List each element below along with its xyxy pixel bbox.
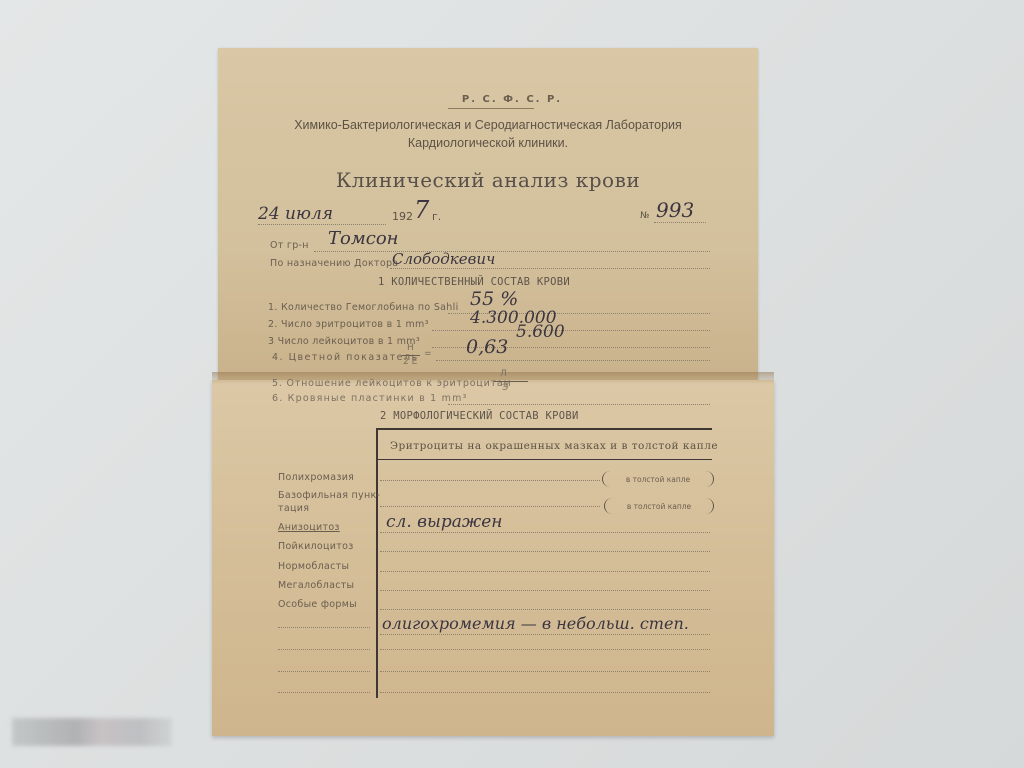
color-index-line <box>436 360 710 361</box>
year-prefix: 192 <box>392 210 413 223</box>
basophilic-line <box>380 506 600 507</box>
color-index-label: 4. Цветной показатель <box>272 352 419 363</box>
year-suffix: г. <box>432 210 441 223</box>
leukocytes-value: 5.600 <box>516 322 565 342</box>
basophilic-label-cont: тация <box>278 503 309 514</box>
poikilocytosis-line <box>380 551 710 552</box>
year-handwritten: 7 <box>414 196 429 224</box>
patient-label: От гр-н <box>270 240 309 251</box>
ratio-numerator: Л <box>500 369 507 379</box>
normoblasts-label: Нормобласты <box>278 561 349 572</box>
thick-drop-label-2: в толстой капле <box>605 502 713 511</box>
erythrocytes-label: 2. Число эритроцитов в 1 mm³ <box>268 319 429 330</box>
anisocytosis-line <box>380 532 710 533</box>
ratio-label: 5. Отношение лейкоцитов к эритроцитам <box>272 378 511 389</box>
record-number-handwritten: 993 <box>656 198 694 222</box>
patient-name-handwritten: Томсон <box>328 228 399 249</box>
header-bottom-border <box>378 459 712 460</box>
extra-line-left-1 <box>278 627 370 628</box>
doctor-line <box>390 268 710 269</box>
megaloblasts-line <box>380 590 710 591</box>
color-index-denominator: 2 Е <box>403 357 417 367</box>
section2-title: 2 МОРФОЛОГИЧЕСКИЙ СОСТАВ КРОВИ <box>380 410 579 422</box>
table-top-border <box>376 428 712 430</box>
date-line <box>258 224 386 225</box>
extra-line-1 <box>380 634 710 635</box>
extra-line-3 <box>380 671 710 672</box>
laboratory-name-line1: Химико-Бактериологическая и Серодиагност… <box>218 118 758 132</box>
poikilocytosis-label: Пойкилоцитоз <box>278 541 354 552</box>
extra-line-4 <box>380 692 710 693</box>
thick-drop-box-2: в толстой капле <box>604 498 714 514</box>
patient-line <box>314 251 710 252</box>
extra-line-2 <box>380 649 710 650</box>
header-underline <box>448 108 534 109</box>
ratio-fraction-bar <box>494 381 528 382</box>
number-label: № <box>640 211 649 221</box>
color-index-numerator: Н <box>407 343 414 353</box>
laboratory-name-line2: Кардиологической клиники. <box>218 136 758 150</box>
color-index-fraction-bar <box>402 355 420 356</box>
number-line <box>654 222 706 223</box>
thick-drop-box-1: в толстой капле <box>602 471 714 487</box>
thick-drop-label-1: в толстой капле <box>603 475 713 484</box>
special-forms-label: Особые формы <box>278 599 357 610</box>
basophilic-label: Базофильная пунк- <box>278 490 380 501</box>
state-header: Р. С. Ф. С. Р. <box>0 94 1024 105</box>
document-title: Клинический анализ крови <box>218 168 758 192</box>
erythrocytes-line <box>432 330 710 331</box>
erythrocytes-column-header: Эритроциты на окрашенных мазках и в толс… <box>390 440 718 452</box>
color-index-value: 0,63 <box>466 336 508 358</box>
polychromasia-line <box>380 480 600 481</box>
special-forms-note: олигохромемия — в небольш. степ. <box>382 614 689 633</box>
normoblasts-line <box>380 571 710 572</box>
platelets-label: 6. Кровяные пластинки в 1 mm³ <box>272 393 468 404</box>
extra-line-left-2 <box>278 649 370 650</box>
anisocytosis-value: сл. выражен <box>386 512 503 532</box>
date-handwritten: 24 июля <box>258 204 333 224</box>
leukocytes-label: 3 Число лейкоцитов в 1 mm³ <box>268 336 420 347</box>
section1-title: 1 КОЛИЧЕСТВЕННЫЙ СОСТАВ КРОВИ <box>378 276 570 288</box>
color-index-equals: = <box>424 349 432 359</box>
polychromasia-label: Полихромазия <box>278 472 354 483</box>
ratio-denominator: Э <box>502 383 508 393</box>
platelets-line <box>448 404 710 405</box>
hemoglobin-label: 1. Количество Гемоглобина по Sahli <box>268 302 459 313</box>
extra-line-left-4 <box>278 692 370 693</box>
extra-line-left-3 <box>278 671 370 672</box>
doctor-label: По назначению Доктора <box>270 258 398 269</box>
blurred-watermark <box>12 718 172 746</box>
document-lower-half <box>212 380 774 736</box>
hemoglobin-value: 55 % <box>470 288 518 310</box>
anisocytosis-label: Анизоцитоз <box>278 522 340 533</box>
doctor-name-handwritten: Слободкевич <box>392 250 495 268</box>
megaloblasts-label: Мегалобласты <box>278 580 354 591</box>
table-left-border <box>376 428 378 698</box>
special-forms-line <box>380 609 710 610</box>
